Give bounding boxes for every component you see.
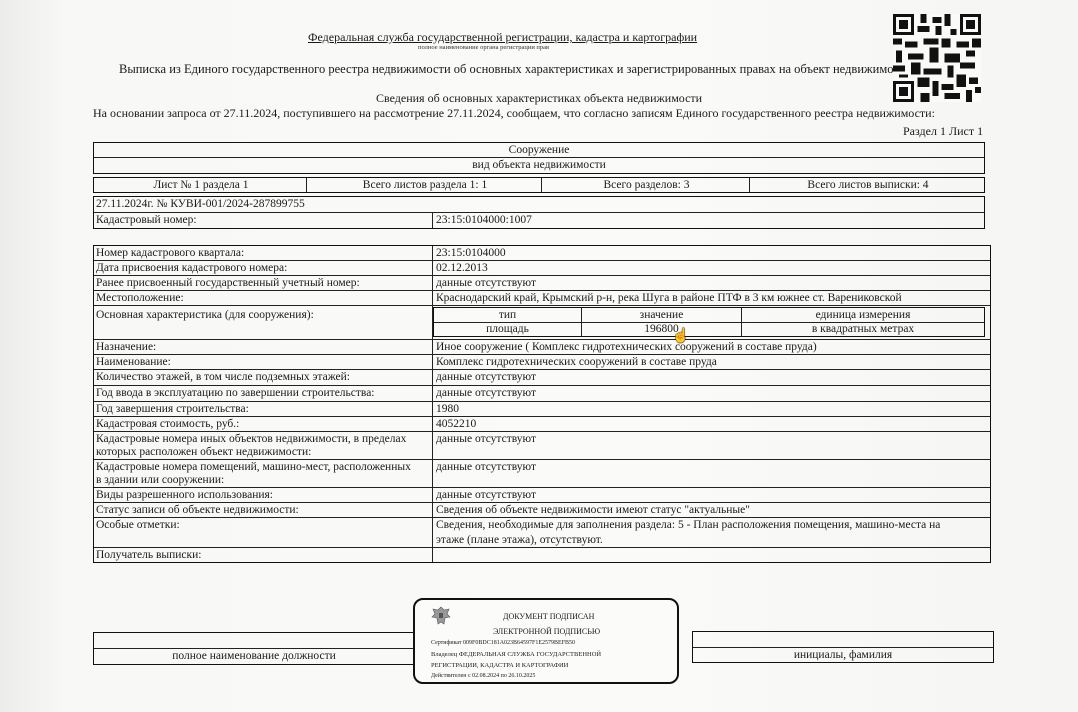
row-label: Особые отметки: bbox=[94, 518, 432, 532]
table-row: Год завершения строительства: 1980 bbox=[94, 402, 990, 417]
row-label: Получатель выписки: bbox=[94, 548, 432, 562]
total-sections: Всего разделов: 3 bbox=[541, 178, 749, 192]
sheet-number: Лист № 1 раздела 1 bbox=[94, 178, 306, 192]
cadastral-number-label: Кадастровый номер: bbox=[94, 213, 432, 228]
row-label: Виды разрешенного использования: bbox=[94, 488, 432, 502]
characteristic-value: 196800 bbox=[581, 322, 741, 336]
extract-box: 27.11.2024г. № КУВИ-001/2024-287899755 К… bbox=[93, 196, 985, 229]
row-value: данные отсутствуют bbox=[432, 460, 990, 487]
table-row: Год ввода в эксплуатацию по завершении с… bbox=[94, 386, 990, 402]
row-value: Краснодарский край, Крымский р-н, река Ш… bbox=[432, 291, 990, 305]
signature-name-box: инициалы, фамилия bbox=[692, 631, 994, 663]
row-value: данные отсутствуют bbox=[432, 488, 990, 502]
row-value: 23:15:0104000 bbox=[432, 246, 990, 260]
row-label: Основная характеристика (для сооружения)… bbox=[94, 308, 432, 322]
table-row: Статус записи об объекте недвижимости: С… bbox=[94, 503, 990, 518]
table-row-characteristic: Основная характеристика (для сооружения)… bbox=[94, 306, 990, 340]
header-unit: единица измерения bbox=[741, 308, 984, 322]
stamp-certificate: Сертификат 009F0BDC181A023B64597F1E2579B… bbox=[431, 640, 575, 646]
document-title: Выписка из Единого государственного реес… bbox=[119, 62, 912, 77]
agency-name: Федеральная служба государственной регис… bbox=[308, 30, 697, 45]
table-row: Получатель выписки: bbox=[94, 548, 990, 562]
row-label: Год ввода в эксплуатацию по завершении с… bbox=[94, 386, 432, 400]
table-row: Количество этажей, в том числе подземных… bbox=[94, 370, 990, 386]
table-row: Номер кадастрового квартала: 23:15:01040… bbox=[94, 246, 990, 261]
row-value: 1980 bbox=[432, 402, 990, 416]
row-label: Местоположение: bbox=[94, 291, 432, 305]
cadastral-number-row: Кадастровый номер: 23:15:0104000:1007 bbox=[94, 213, 984, 228]
row-label: Ранее присвоенный государственный учетны… bbox=[94, 276, 432, 290]
row-value: Сведения, необходимые для заполнения раз… bbox=[432, 518, 990, 547]
main-characteristics-table: Номер кадастрового квартала: 23:15:01040… bbox=[93, 245, 991, 563]
section-title: Сведения об основных характеристиках объ… bbox=[376, 91, 702, 106]
row-value: данные отсутствуют bbox=[432, 386, 990, 401]
object-type-caption: вид объекта недвижимости bbox=[94, 158, 984, 173]
row-value: 02.12.2013 bbox=[432, 261, 990, 275]
row-label-continued: в здании или сооружении: bbox=[94, 473, 432, 487]
table-row: Кадастровые номера иных объектов недвижи… bbox=[94, 432, 990, 460]
row-value: тип значение единица измерения площадь 1… bbox=[432, 306, 990, 339]
hand-cursor-icon: ☝ bbox=[672, 328, 689, 345]
row-value bbox=[432, 548, 990, 562]
row-value: данные отсутствуют bbox=[432, 276, 990, 290]
characteristic-unit: в квадратных метрах bbox=[741, 322, 984, 336]
row-value: Комплекс гидротехнических сооружений в с… bbox=[432, 355, 990, 369]
stamp-line1: ДОКУМЕНТ ПОДПИСАН bbox=[503, 612, 594, 621]
table-row: Виды разрешенного использования: данные … bbox=[94, 488, 990, 503]
position-caption: полное наименование должности bbox=[94, 649, 414, 663]
row-value: данные отсутствуют bbox=[432, 370, 990, 385]
row-label: Кадастровые номера помещений, машино-мес… bbox=[94, 460, 432, 474]
header-type: тип bbox=[434, 308, 581, 322]
name-caption: инициалы, фамилия bbox=[693, 648, 993, 662]
row-label: Назначение: bbox=[94, 340, 432, 354]
razdel-list-label: Раздел 1 Лист 1 bbox=[903, 124, 983, 139]
object-type-value: Сооружение bbox=[94, 143, 984, 158]
total-sheets-extract: Всего листов выписки: 4 bbox=[749, 178, 984, 192]
basis-text: На основании запроса от 27.11.2024, пост… bbox=[93, 106, 935, 121]
characteristic-type: площадь bbox=[434, 322, 581, 336]
special-notes-line2: этаже (плане этажа), отсутствуют. bbox=[436, 533, 990, 548]
row-label: Наименование: bbox=[94, 355, 432, 369]
cadastral-number-value: 23:15:0104000:1007 bbox=[432, 213, 984, 228]
table-row: Кадастровые номера помещений, машино-мес… bbox=[94, 460, 990, 488]
characteristic-data-row: площадь 196800 в квадратных метрах bbox=[434, 322, 984, 336]
signature-position-box: полное наименование должности bbox=[93, 632, 415, 665]
coat-of-arms-icon bbox=[429, 604, 453, 628]
qr-code-icon bbox=[893, 14, 981, 102]
stamp-owner: Владелец ФЕДЕРАЛЬНАЯ СЛУЖБА ГОСУДАРСТВЕН… bbox=[431, 651, 601, 658]
row-label: Количество этажей, в том числе подземных… bbox=[94, 370, 432, 384]
total-sheets-section: Всего листов раздела 1: 1 bbox=[306, 178, 541, 192]
table-row: Особые отметки: Сведения, необходимые дл… bbox=[94, 518, 990, 548]
special-notes-line1: Сведения, необходимые для заполнения раз… bbox=[436, 518, 990, 533]
header-value: значение bbox=[581, 308, 741, 322]
table-row: Местоположение: Краснодарский край, Крым… bbox=[94, 291, 990, 306]
row-value: 4052210 bbox=[432, 417, 990, 431]
table-row: Кадастровая стоимость, руб.: 4052210 bbox=[94, 417, 990, 432]
row-value: Сведения об объекте недвижимости имеют с… bbox=[432, 503, 990, 517]
characteristic-header-row: тип значение единица измерения bbox=[434, 308, 984, 323]
table-row: Дата присвоения кадастрового номера: 02.… bbox=[94, 261, 990, 276]
table-row: Ранее присвоенный государственный учетны… bbox=[94, 276, 990, 291]
row-label-continued: которых расположен объект недвижимости: bbox=[94, 445, 432, 459]
row-label: Дата присвоения кадастрового номера: bbox=[94, 261, 432, 275]
stamp-owner-continued: РЕГИСТРАЦИИ, КАДАСТРА И КАРТОГРАФИИ bbox=[431, 662, 568, 669]
sheet-info-box: Лист № 1 раздела 1 Всего листов раздела … bbox=[93, 177, 985, 193]
stamp-validity: Действителен с 02.08.2024 по 26.10.2025 bbox=[431, 673, 535, 679]
stamp-line2: ЭЛЕКТРОННОЙ ПОДПИСЬЮ bbox=[493, 627, 600, 636]
agency-caption: полное наименование органа регистрации п… bbox=[418, 44, 549, 51]
row-label: Кадастровая стоимость, руб.: bbox=[94, 417, 432, 431]
row-value: данные отсутствуют bbox=[432, 432, 990, 459]
characteristic-table: тип значение единица измерения площадь 1… bbox=[433, 307, 985, 337]
extract-number: 27.11.2024г. № КУВИ-001/2024-287899755 bbox=[94, 197, 984, 213]
row-label: Кадастровые номера иных объектов недвижи… bbox=[94, 432, 432, 446]
electronic-signature-stamp: ДОКУМЕНТ ПОДПИСАН ЭЛЕКТРОННОЙ ПОДПИСЬЮ С… bbox=[413, 598, 679, 684]
object-type-box: Сооружение вид объекта недвижимости bbox=[93, 142, 985, 174]
table-row: Назначение: Иное сооружение ( Комплекс г… bbox=[94, 340, 990, 355]
row-label: Год завершения строительства: bbox=[94, 402, 432, 416]
table-row: Наименование: Комплекс гидротехнических … bbox=[94, 355, 990, 370]
row-label: Статус записи об объекте недвижимости: bbox=[94, 503, 432, 517]
document-page: Федеральная служба государственной регис… bbox=[0, 0, 1078, 712]
row-value: Иное сооружение ( Комплекс гидротехничес… bbox=[432, 340, 990, 354]
row-label: Номер кадастрового квартала: bbox=[94, 246, 432, 260]
